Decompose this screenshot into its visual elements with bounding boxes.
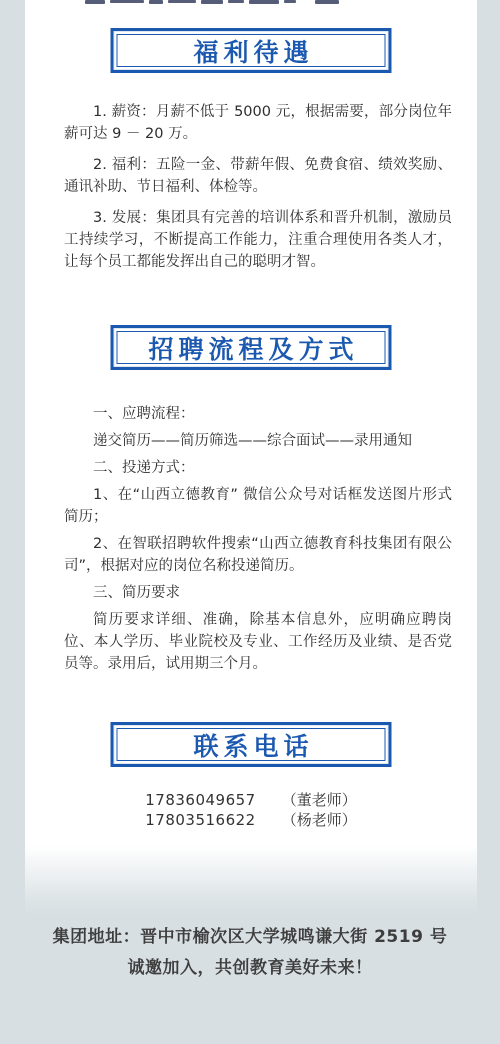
recruitment-poster: 福利待遇 1. 薪资：月薪不低于 5000 元，根据需要，部分岗位年薪可达 9 … — [0, 0, 500, 1044]
header-frame-inner: 福利待遇 — [117, 34, 386, 67]
phone-list: 17836049657 （董老师） 17803516622 （杨老师） — [25, 790, 477, 830]
clipped-text-fragment — [85, 0, 339, 5]
phone-entry: 17836049657 （董老师） — [25, 790, 477, 810]
benefits-paragraph-salary: 1. 薪资：月薪不低于 5000 元，根据需要，部分岗位年薪可达 9 － 20 … — [64, 101, 452, 145]
contact-person: （杨老师） — [282, 810, 357, 830]
section-header-benefits: 福利待遇 — [111, 28, 392, 73]
section-title-contact: 联系电话 — [188, 727, 313, 763]
process-delivery-zhaopin: 2、在智联招聘软件搜索“山西立德教育科技集团有限公司”，根据对应的岗位名称投递简… — [64, 533, 452, 577]
process-flow-line: 递交简历——简历筛选——综合面试——录用通知 — [64, 430, 452, 452]
section-title-benefits: 福利待遇 — [188, 33, 313, 69]
phone-number: 17803516622 — [145, 810, 255, 830]
section-title-process: 招聘流程及方式 — [143, 330, 358, 366]
phone-number: 17836049657 — [145, 790, 255, 810]
header-frame-inner: 招聘流程及方式 — [117, 331, 386, 364]
header-frame-inner: 联系电话 — [117, 728, 386, 761]
benefits-paragraph-welfare: 2. 福利：五险一金、带薪年假、免费食宿、绩效奖励、通讯补助、节日福利、体检等。 — [64, 154, 452, 198]
process-delivery-wechat: 1、在“山西立德教育” 微信公众号对话框发送图片形式简历； — [64, 484, 452, 528]
process-delivery-heading: 二、投递方式： — [64, 457, 452, 479]
section-header-process: 招聘流程及方式 — [111, 325, 392, 370]
footer-slogan: 诚邀加入，共创教育美好未来！ — [0, 953, 500, 984]
footer: 集团地址：晋中市榆次区大学城鸣谦大街 2519 号 诚邀加入，共创教育美好未来！ — [0, 922, 500, 984]
process-resume-requirements: 简历要求详细、准确，除基本信息外，应明确应聘岗位、本人学历、毕业院校及专业、工作… — [64, 609, 452, 675]
footer-address: 集团地址：晋中市榆次区大学城鸣谦大街 2519 号 — [0, 922, 500, 953]
phone-entry: 17803516622 （杨老师） — [25, 810, 477, 830]
benefits-paragraph-development: 3. 发展：集团具有完善的培训体系和晋升机制，激励员工持续学习，不断提高工作能力… — [64, 207, 452, 273]
contact-person: （董老师） — [282, 790, 357, 810]
benefits-text-block: 1. 薪资：月薪不低于 5000 元，根据需要，部分岗位年薪可达 9 － 20 … — [64, 101, 452, 282]
process-resume-heading: 三、简历要求 — [64, 582, 452, 604]
process-text-block: 一、应聘流程： 递交简历——简历筛选——综合面试——录用通知 二、投递方式： 1… — [64, 403, 452, 680]
section-header-contact: 联系电话 — [111, 722, 392, 767]
content-panel: 福利待遇 1. 薪资：月薪不低于 5000 元，根据需要，部分岗位年薪可达 9 … — [25, 0, 477, 1044]
process-step-heading: 一、应聘流程： — [64, 403, 452, 425]
